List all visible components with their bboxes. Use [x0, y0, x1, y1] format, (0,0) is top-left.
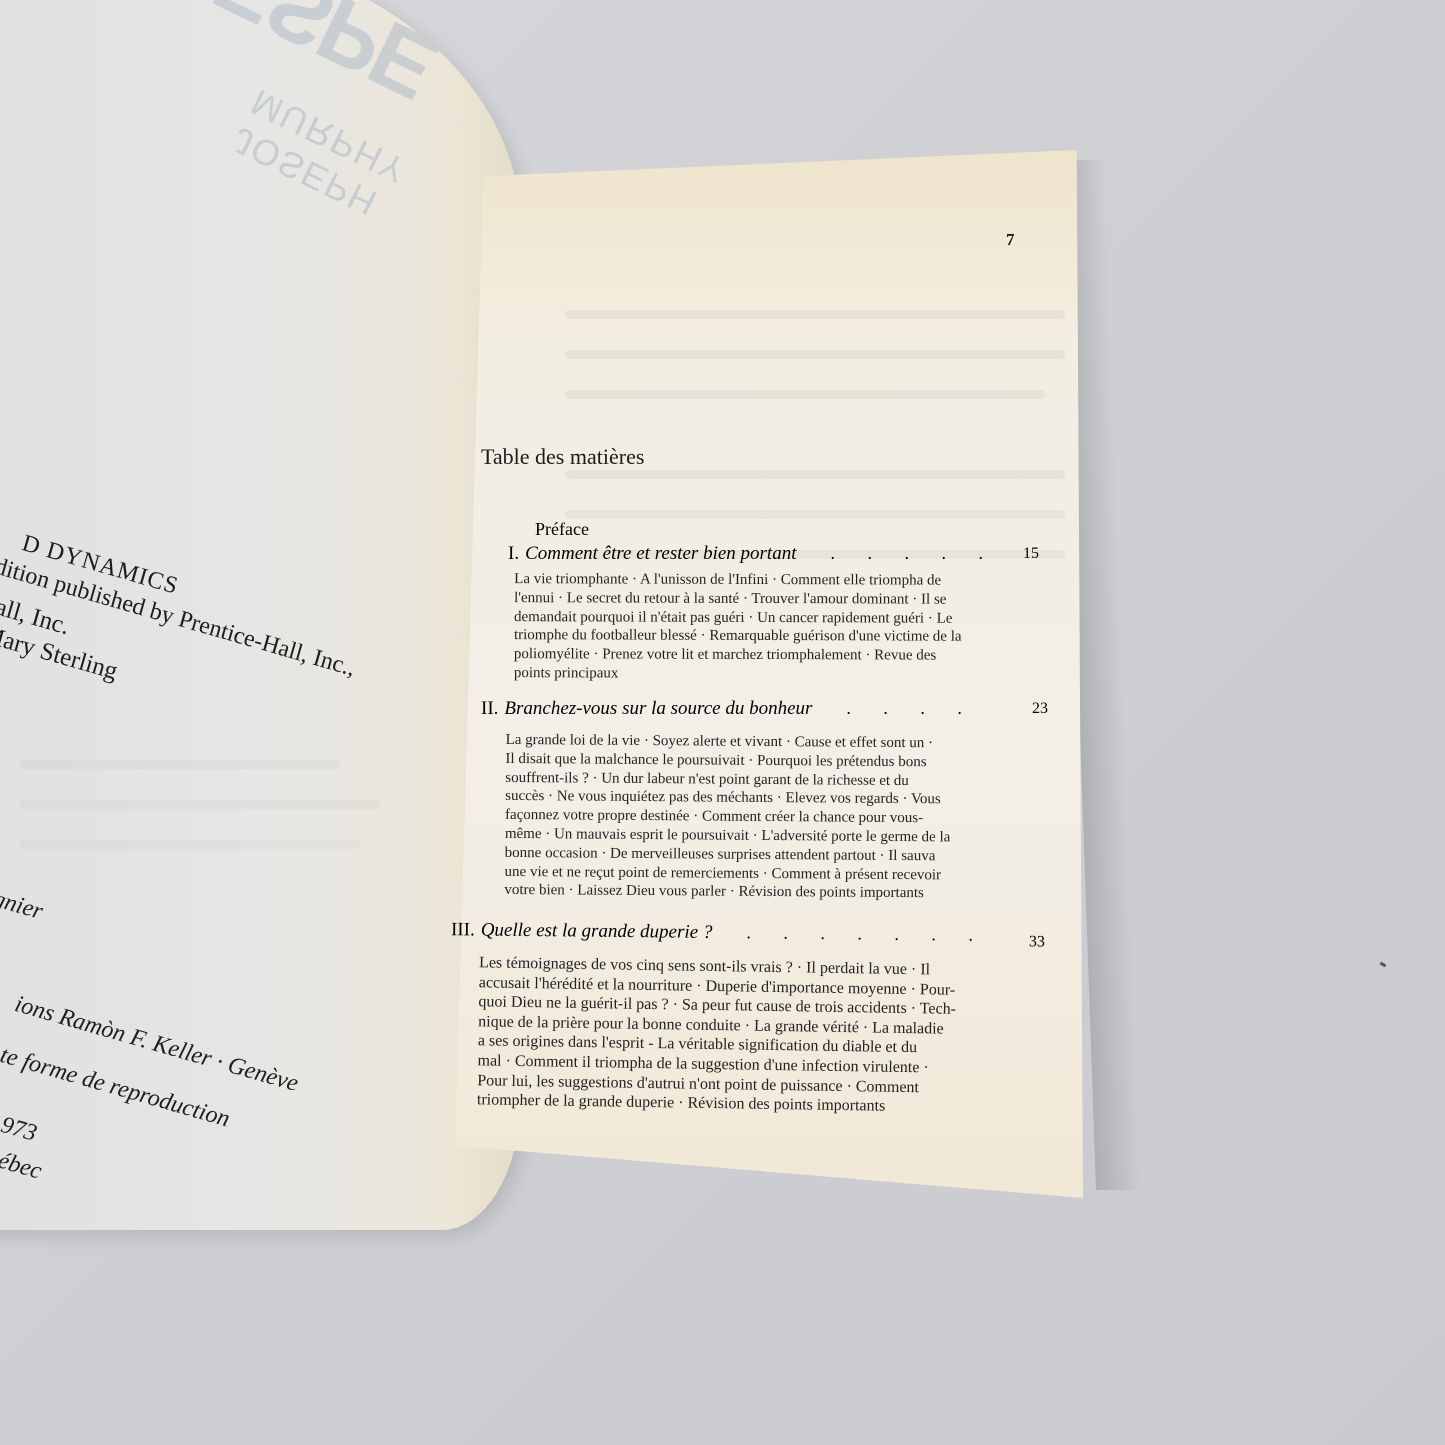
- left-page: ESPE JOSEPH MURPHY: [0, 0, 520, 1230]
- summary-line: l'ennui · Le secret du retour à la santé…: [514, 589, 1019, 610]
- bleed-line: [565, 470, 1065, 479]
- chapter-page: 15: [1023, 545, 1039, 563]
- ghost-author-show-through: JOSEPH MURPHY: [226, 81, 520, 284]
- summary-line: points principaux: [514, 664, 1019, 685]
- toc-chapter-2: II. Branchez-vous sur la source du bonhe…: [481, 698, 976, 720]
- chapter-number: I.: [508, 543, 519, 565]
- chapter-number: III.: [451, 919, 475, 941]
- chapter-1-summary: La vie triomphante · A l'unisson de l'In…: [514, 570, 1019, 685]
- surface-speck: [1380, 962, 1387, 968]
- bleed-line: [20, 800, 380, 809]
- toc-preface: Préface: [535, 519, 589, 540]
- chapter-title: Comment être et rester bien portant: [525, 543, 796, 565]
- chapter-number: II.: [481, 698, 498, 720]
- chapter-2-summary: La grande loi de la vie · Soyez alerte e…: [504, 731, 1035, 904]
- chapter-3-summary: Les témoignages de vos cinq sens sont-il…: [477, 953, 1079, 1119]
- toc-title: Table des matières: [481, 444, 644, 470]
- ghost-title-show-through: ESPE: [203, 0, 446, 109]
- page-number: 7: [1006, 230, 1015, 250]
- bleed-line: [565, 390, 1045, 399]
- bleed-line: [565, 510, 1065, 519]
- summary-line: demandait pourquoi il n'était pas guéri …: [514, 608, 1019, 629]
- leader-dots: . . . . . . .: [746, 922, 987, 946]
- summary-line: poliomyélite · Prenez votre lit et march…: [514, 645, 1019, 666]
- bleed-line: [565, 310, 1065, 319]
- bleed-line: [565, 350, 1065, 359]
- summary-line: La vie triomphante · A l'unisson de l'In…: [514, 570, 1019, 591]
- chapter-title: Quelle est la grande duperie ?: [481, 920, 713, 944]
- leader-dots: . . . . .: [831, 543, 998, 564]
- chapter-title: Branchez-vous sur la source du bonheur: [504, 698, 812, 720]
- bleed-line: [20, 840, 360, 849]
- chapter-page: 33: [1029, 933, 1045, 951]
- toc-chapter-1: I. Comment être et rester bien portant .…: [508, 543, 997, 565]
- summary-line: triomphe du footballeur blessé · Remarqu…: [514, 627, 1019, 648]
- leader-dots: . . . .: [846, 698, 976, 719]
- chapter-page: 23: [1032, 700, 1048, 718]
- bleed-line: [20, 760, 340, 769]
